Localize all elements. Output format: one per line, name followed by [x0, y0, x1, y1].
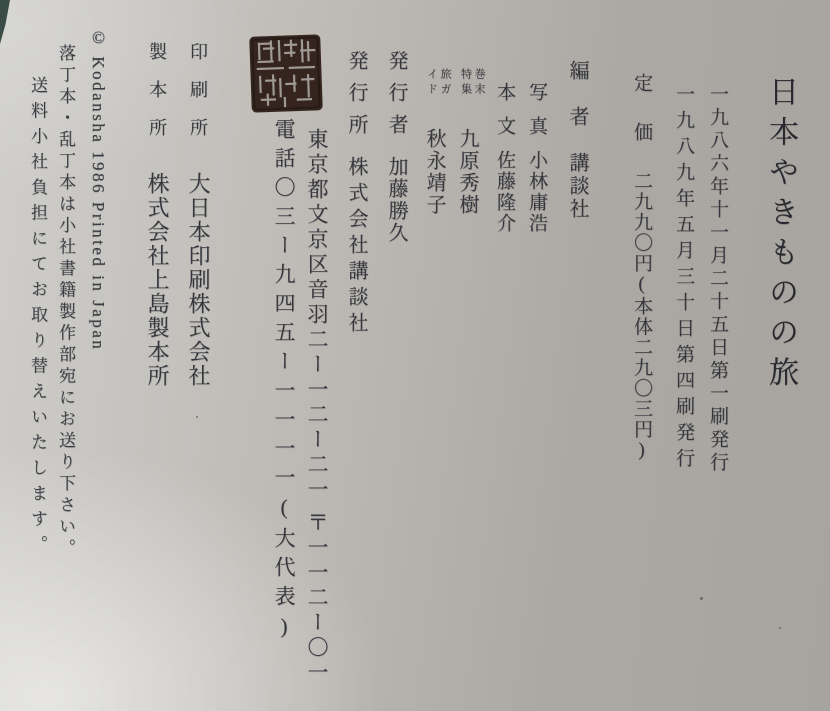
- postal-code: 〒一一二ー〇一: [305, 511, 329, 686]
- credit-publisher-company: 発行所株式会社講談社: [342, 50, 371, 338]
- copyright-line: © Kodansha 1986 Printed in Japan: [88, 28, 108, 351]
- printer-label: 印刷所: [188, 42, 208, 156]
- page-corner-shadow: [0, 0, 10, 44]
- price-value: 二九九〇円(本体二九〇三円): [631, 171, 652, 462]
- price-label: 定価: [631, 73, 652, 171]
- publisher-address: 東京都文京区音羽二ー一二ー二一〒一一二ー〇一: [302, 128, 332, 686]
- printer-company: 大日本印刷株式会社: [186, 172, 211, 388]
- first-printing-line: 一九八六年十一月二十五日第一刷発行: [704, 84, 731, 475]
- credit-label-special-feature: 巻末特集: [458, 68, 485, 110]
- credit-travel-guide: 秋永靖子: [420, 128, 449, 216]
- credit-value: 株式会社講談社: [345, 156, 367, 338]
- price-line: 定価二九九〇円(本体二九〇三円): [628, 73, 655, 462]
- book-title: 日本やきものの旅: [758, 76, 802, 396]
- publisher-phone: 電話〇三ー九四五ー一一一一(大代表): [269, 118, 299, 646]
- credit-label-travel-guide: 旅ガイド: [424, 68, 451, 110]
- credit-value: 加藤勝久: [385, 156, 407, 244]
- credit-value: 佐藤隆介: [494, 150, 515, 234]
- credit-text-author: 本文佐藤隆介: [491, 82, 518, 234]
- credit-label: 写真: [526, 82, 547, 150]
- credit-label: 編者: [566, 60, 588, 152]
- printer-line: 印刷所大日本印刷株式会社: [183, 42, 214, 388]
- credit-label: 本文: [494, 82, 515, 150]
- binder-label: 製本所: [147, 42, 167, 156]
- book-colophon-photo: 日本やきものの旅 一九八六年十一月二十五日第一刷発行 一九八九年五月三十日第四刷…: [0, 0, 830, 711]
- binder-company: 株式会社上島製本所: [145, 172, 170, 388]
- paper-speck: [700, 597, 703, 600]
- return-notice-line-1: 落丁本・乱丁本は小社書籍製作部宛にお送り下さい。: [53, 44, 78, 560]
- paper-speck: [779, 627, 781, 629]
- binder-line: 製本所株式会社上島製本所: [142, 42, 173, 388]
- credit-label: 発行者: [385, 50, 407, 146]
- credit-special-feature: 九原秀樹: [453, 128, 482, 216]
- paper-speck: [196, 416, 198, 418]
- return-notice-line-2: 送料小社負担にてお取り替えいたします。: [25, 76, 50, 561]
- publisher-seal-stamp-icon: [248, 33, 325, 115]
- credit-photographer: 写真小林庸浩: [523, 82, 550, 234]
- fourth-printing-line: 一九八九年五月三十日第四刷発行: [670, 84, 697, 474]
- street-address: 東京都文京区音羽二ー一二ー二一: [305, 128, 329, 503]
- credit-value: 講談社: [566, 152, 588, 221]
- credit-value: 小林庸浩: [526, 150, 547, 234]
- credit-publisher-person: 発行者加藤勝久: [382, 50, 411, 244]
- credit-editor: 編者講談社: [563, 60, 592, 221]
- credit-label: 発行所: [345, 50, 367, 146]
